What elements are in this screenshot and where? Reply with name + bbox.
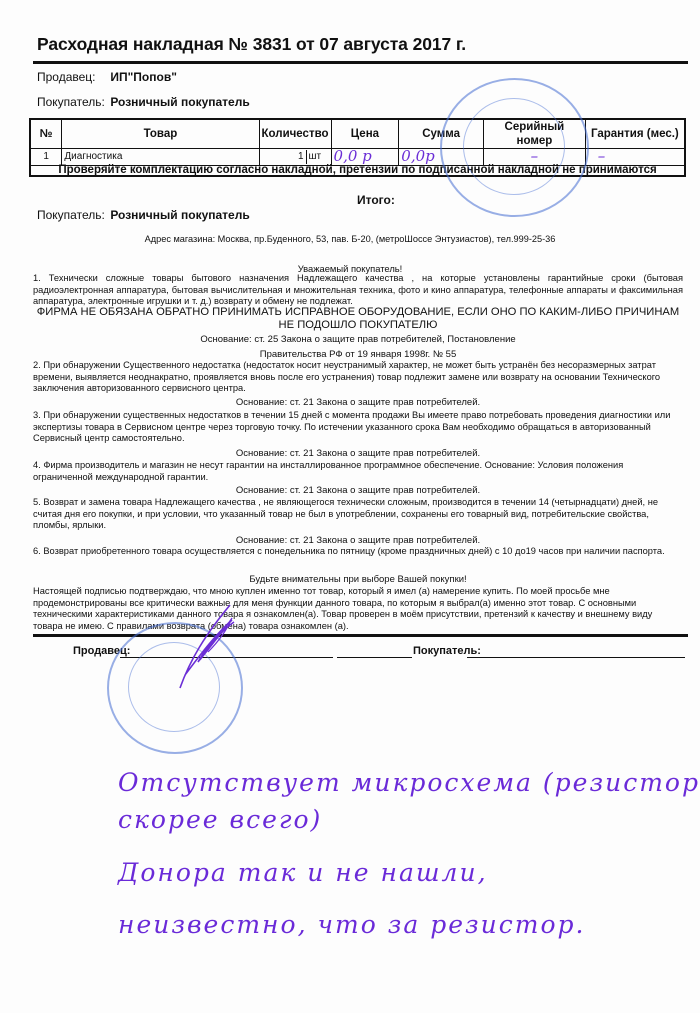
handwritten-note-line-4: неизвестно, что за резистор. (118, 910, 585, 939)
middle-signature-line (337, 657, 412, 658)
buyer-value-2: Розничный покупатель (110, 208, 249, 222)
basis-3: Основание: ст. 21 Закона о защите прав п… (33, 448, 683, 459)
basis-4: Основание: ст. 21 Закона о защите прав п… (33, 485, 683, 496)
rule-1: 1. Технически сложные товары бытового на… (33, 273, 683, 308)
row-warranty-cell: – (585, 149, 685, 166)
seller-value: ИП"Попов" (110, 70, 177, 84)
buyer-label: Покупатель: (37, 95, 107, 109)
title-divider (33, 61, 688, 64)
handwritten-note-line-3: Донора так и не нашли, (118, 858, 488, 887)
careful-notice: Будьте внимательны при выборе Вашей поку… (33, 574, 683, 585)
col-header-price: Цена (331, 119, 399, 149)
row-price-handwritten: 0,0 р (334, 147, 372, 165)
col-header-warranty: Гарантия (мес.) (585, 119, 685, 149)
row-unit: шт (307, 150, 331, 164)
seller-field: Продавец: ИП"Попов" (37, 70, 177, 84)
rule-2: 2. При обнаружении Существенного недоста… (33, 360, 683, 395)
store-address: Адрес магазина: Москва, пр.Буденного, 53… (0, 234, 700, 244)
row-warranty-handwritten: – (588, 147, 606, 165)
row-quantity: 1 (260, 150, 307, 164)
buyer-signature-line (467, 657, 685, 658)
row-price-cell: 0,0 р (331, 149, 399, 166)
handwritten-note-line-2: скорее всего) (118, 805, 322, 834)
buyer-confirmation: Настоящей подписью подтверждаю, что мною… (33, 586, 683, 632)
row-product-name: Диагностика (62, 149, 259, 166)
handwritten-note-line-1: Отсутствует микросхема (резистор (118, 768, 700, 797)
buyer-label-2: Покупатель: (37, 208, 107, 222)
row-number: 1 (30, 149, 62, 166)
col-header-quantity: Количество (259, 119, 331, 149)
buyer-field-2: Покупатель: Розничный покупатель (37, 208, 250, 222)
invoice-title: Расходная накладная № 3831 от 07 августа… (37, 34, 466, 55)
basis-2: Основание: ст. 21 Закона о защите прав п… (33, 397, 683, 408)
rule-caps-warning: ФИРМА НЕ ОБЯЗАНА ОБРАТНО ПРИНИМАТЬ ИСПРА… (33, 306, 683, 332)
row-quantity-cell: 1 шт (259, 149, 331, 166)
rule-6: 6. Возврат приобретенного товара осущест… (33, 546, 683, 558)
seal-stamp-top-inner (463, 98, 565, 195)
rule-3: 3. При обнаружении существенных недостат… (33, 410, 683, 445)
basis-1-line-1: Основание: ст. 25 Закона о защите прав п… (33, 334, 683, 345)
col-header-product: Товар (62, 119, 259, 149)
total-label: Итого: (357, 193, 395, 207)
row-sum-handwritten: 0,0р (401, 147, 434, 165)
basis-5: Основание: ст. 21 Закона о защите прав п… (33, 535, 683, 546)
rule-4: 4. Фирма производитель и магазин не несу… (33, 460, 683, 483)
seller-label: Продавец: (37, 70, 107, 84)
rule-5: 5. Возврат и замена товара Надлежащего к… (33, 497, 683, 532)
basis-1-line-2: Правительства РФ от 19 января 1998г. № 5… (33, 349, 683, 360)
claims-notice: Проверяйте комплектацию согласно накладн… (29, 164, 686, 176)
seller-signature-icon (160, 600, 240, 690)
buyer-value: Розничный покупатель (110, 95, 249, 109)
buyer-signature-label: Покупатель: (413, 645, 481, 657)
col-header-number: № (30, 119, 62, 149)
buyer-field: Покупатель: Розничный покупатель (37, 95, 250, 109)
